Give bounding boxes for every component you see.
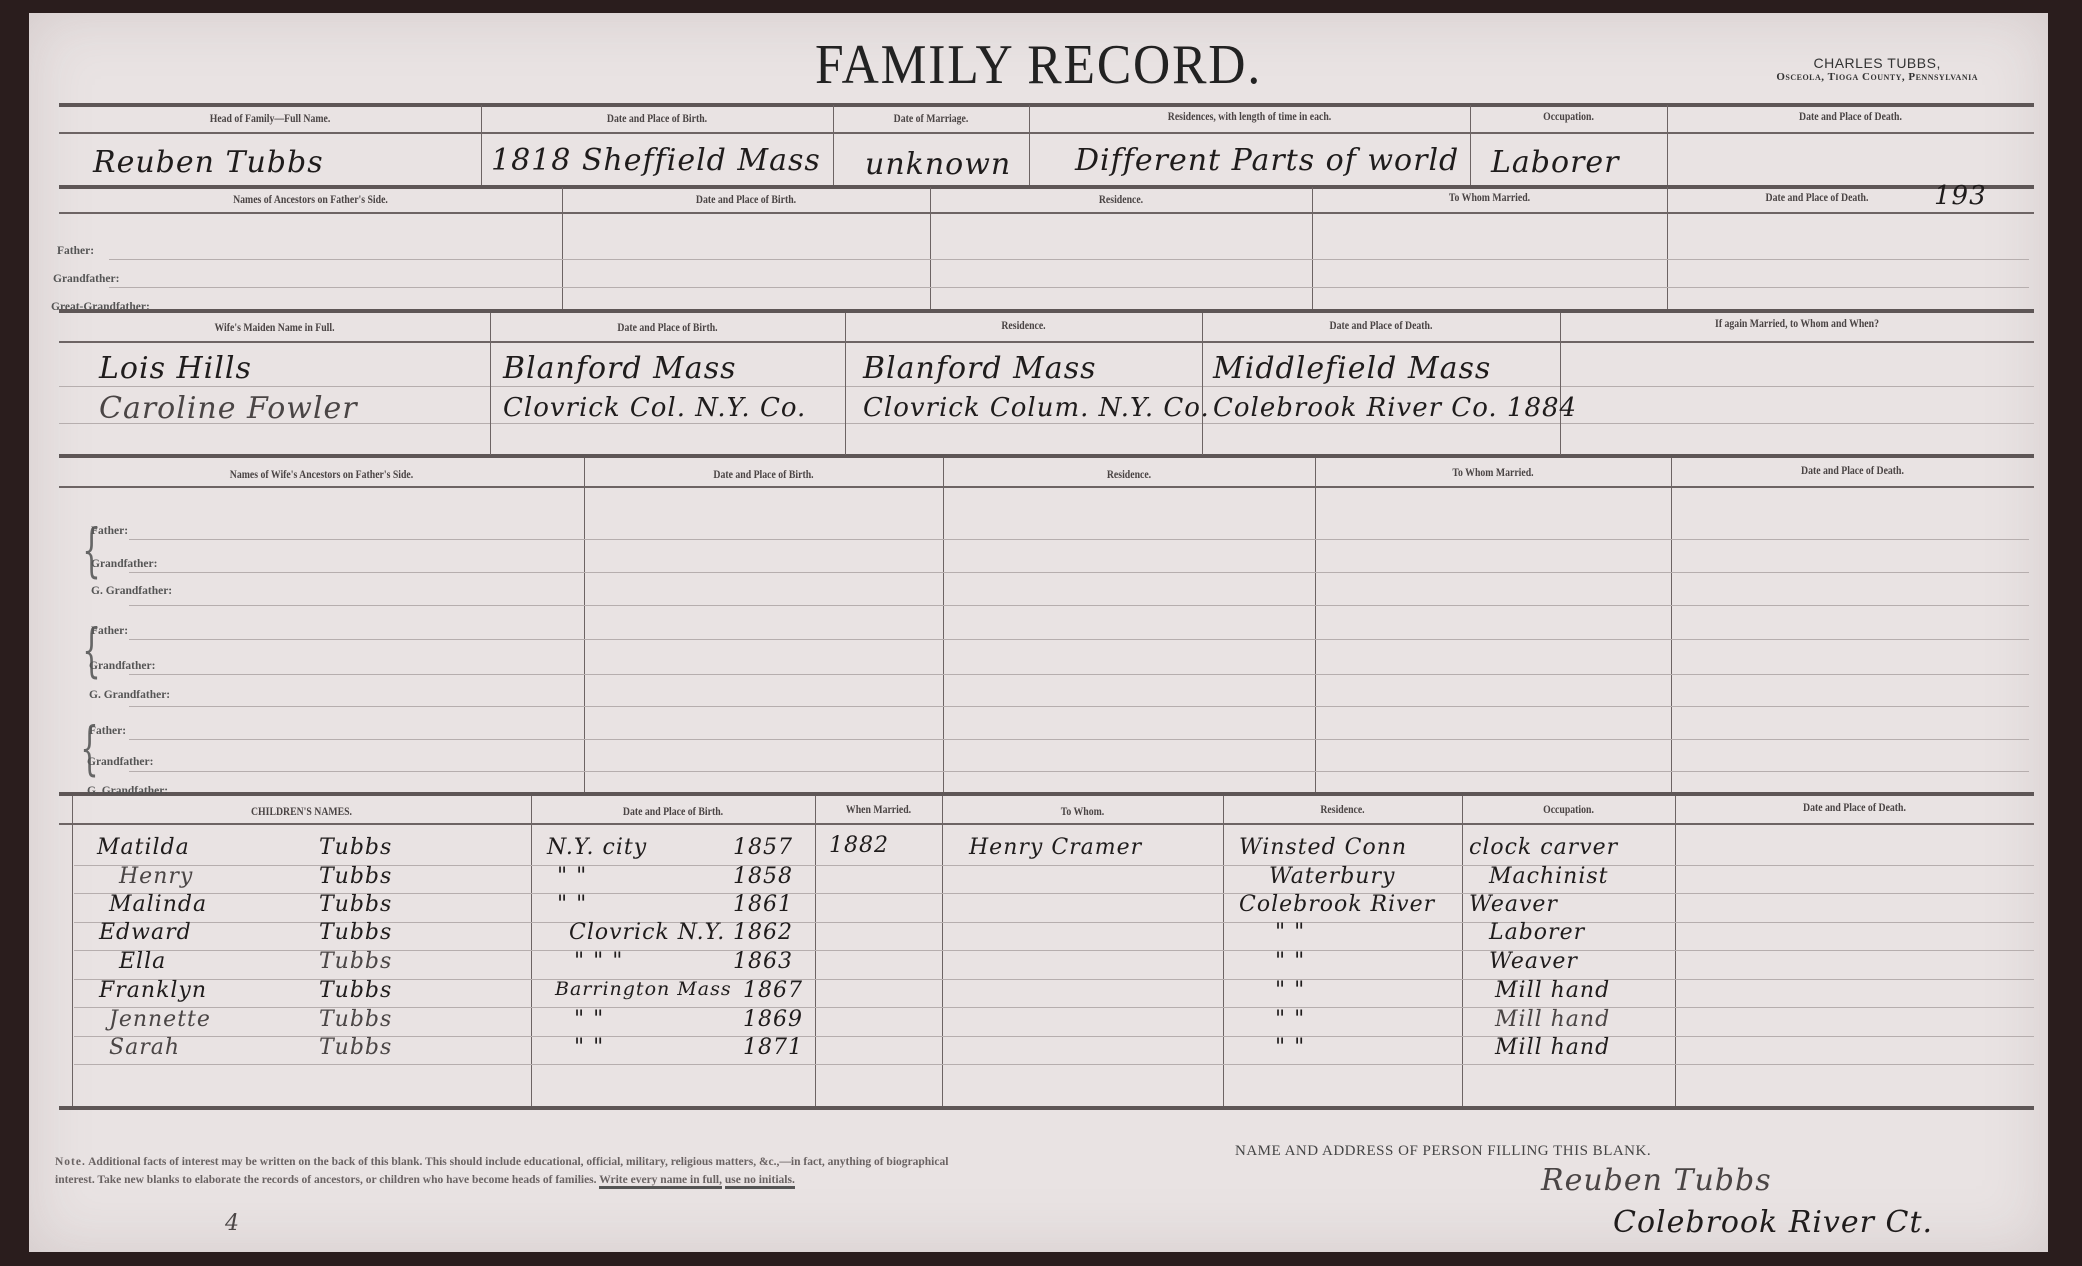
child-5-place: " " " xyxy=(574,949,623,974)
note-text: Additional facts of interest may be writ… xyxy=(55,1156,948,1186)
head-marriage-value: unknown xyxy=(865,147,1011,182)
divider xyxy=(1671,458,1672,792)
note-prefix: Note. xyxy=(55,1156,86,1168)
header-children-occupation: Occupation. xyxy=(1478,804,1659,816)
family-record-form: FAMILY RECORD. CHARLES TUBBS, Osceola, T… xyxy=(29,13,2048,1252)
child-8-year: 1871 xyxy=(743,1035,803,1060)
child-4-year: 1862 xyxy=(733,920,793,945)
filler-address: Colebrook River Ct. xyxy=(1613,1205,1933,1240)
header-father-married: To Whom Married. xyxy=(1339,192,1641,204)
child-2-last: Tubbs xyxy=(319,864,392,889)
header-head-name: Head of Family—Full Name. xyxy=(91,113,450,125)
header-wife-death: Date and Place of Death. xyxy=(1229,320,1533,332)
divider xyxy=(1462,796,1463,1106)
divider xyxy=(109,287,2029,288)
header-wife-residence: Residence. xyxy=(872,320,1175,332)
child-8-last: Tubbs xyxy=(319,1035,392,1060)
filler-label: NAME AND ADDRESS OF PERSON FILLING THIS … xyxy=(1235,1143,1651,1160)
divider xyxy=(845,313,846,455)
wife-2-death: Colebrook River Co. 1884 xyxy=(1213,393,1577,423)
child-1-married: 1882 xyxy=(829,833,889,858)
divider xyxy=(1667,105,1668,185)
header-wife-anc-names: Names of Wife's Ancestors on Father's Si… xyxy=(98,469,544,481)
header-father-names: Names of Ancestors on Father's Side. xyxy=(97,194,525,206)
child-2-place: " " xyxy=(557,864,587,889)
head-birth-value: 1818 Sheffield Mass xyxy=(491,143,821,178)
divider xyxy=(129,639,2029,640)
header-wife-anc-death: Date and Place of Death. xyxy=(1698,465,2007,477)
child-6-place: Barrington Mass xyxy=(555,978,732,1000)
divider xyxy=(490,313,491,455)
divider xyxy=(930,187,931,311)
divider xyxy=(129,605,2029,606)
child-4-place: Clovrick N.Y. xyxy=(569,920,725,945)
header-wife-anc-married: To Whom Married. xyxy=(1342,467,1645,479)
child-5-occupation: Weaver xyxy=(1489,949,1578,974)
divider xyxy=(1315,458,1316,792)
child-4-first: Edward xyxy=(99,920,192,945)
child-1-year: 1857 xyxy=(733,835,793,860)
header-head-occupation: Occupation. xyxy=(1485,111,1652,123)
wife-anc-2-father: Father: xyxy=(91,625,128,637)
divider xyxy=(1470,105,1471,185)
child-6-occupation: Mill hand xyxy=(1495,978,1610,1003)
divider xyxy=(129,539,2029,540)
child-1-residence: Winsted Conn xyxy=(1239,835,1407,860)
divider xyxy=(562,187,563,311)
child-4-residence: " " xyxy=(1275,920,1305,945)
child-1-occupation: clock carver xyxy=(1469,835,1618,860)
child-7-residence: " " xyxy=(1275,1007,1305,1032)
child-7-place: " " xyxy=(574,1007,604,1032)
father-death-note: 193 xyxy=(1934,181,1987,211)
divider xyxy=(943,458,944,792)
child-2-residence: Waterbury xyxy=(1269,864,1395,889)
wife-anc-3-father: Father: xyxy=(89,725,126,737)
divider xyxy=(59,1106,2034,1110)
divider xyxy=(59,103,2034,107)
divider xyxy=(59,212,2034,214)
wife-1-name: Lois Hills xyxy=(99,351,252,386)
header-father-residence: Residence. xyxy=(959,194,1284,206)
divider xyxy=(59,792,2034,796)
header-wife-anc-birth: Date and Place of Birth. xyxy=(611,469,916,481)
divider xyxy=(1675,796,1676,1106)
divider xyxy=(109,259,2029,260)
publisher-name: CHARLES TUBBS, xyxy=(1776,55,1978,71)
divider xyxy=(59,454,2034,458)
wife-anc-3-grandfather: Grandfather: xyxy=(87,756,153,768)
wife-anc-3-g-grandfather: G. Grandfather: xyxy=(87,785,168,797)
header-head-residences: Residences, with length of time in each. xyxy=(1062,111,1437,123)
child-3-occupation: Weaver xyxy=(1469,892,1558,917)
divider xyxy=(74,1064,2034,1065)
child-8-place: " " xyxy=(574,1035,604,1060)
publisher-address: Osceola, Tioga County, Pennsylvania xyxy=(1776,71,1978,83)
child-3-first: Malinda xyxy=(109,892,207,917)
divider xyxy=(1560,313,1561,455)
child-4-last: Tubbs xyxy=(319,920,392,945)
divider xyxy=(59,486,2034,488)
wife-anc-1-father: Father: xyxy=(91,525,128,537)
child-7-occupation: Mill hand xyxy=(1495,1007,1610,1032)
divider xyxy=(129,572,2029,573)
child-3-place: " " xyxy=(557,892,587,917)
header-children-to-whom: To Whom. xyxy=(963,806,1202,818)
child-7-year: 1869 xyxy=(743,1007,803,1032)
header-children-names: CHILDREN'S NAMES. xyxy=(106,806,496,818)
divider xyxy=(59,132,2034,134)
child-1-place: N.Y. city xyxy=(547,835,647,860)
divider xyxy=(129,706,2029,707)
divider xyxy=(129,674,2029,675)
child-5-residence: " " xyxy=(1275,949,1305,974)
child-8-residence: " " xyxy=(1275,1035,1305,1060)
child-1-first: Matilda xyxy=(97,835,190,860)
wife-anc-2-g-grandfather: G. Grandfather: xyxy=(89,689,170,701)
divider xyxy=(481,105,482,185)
header-wife-name: Wife's Maiden Name in Full. xyxy=(91,322,457,334)
child-4-occupation: Laborer xyxy=(1489,920,1585,945)
header-wife-birth: Date and Place of Birth. xyxy=(517,322,819,334)
child-3-last: Tubbs xyxy=(319,892,392,917)
child-6-first: Franklyn xyxy=(99,978,207,1003)
divider xyxy=(1029,105,1030,185)
child-2-first: Henry xyxy=(119,864,193,889)
wife-2-name: Caroline Fowler xyxy=(99,391,358,426)
divider xyxy=(942,796,943,1106)
wife-2-residence: Clovrick Colum. N.Y. Co. xyxy=(863,393,1210,423)
publisher-block: CHARLES TUBBS, Osceola, Tioga County, Pe… xyxy=(1776,55,1978,83)
divider xyxy=(72,796,73,1106)
header-father-death: Date and Place of Death. xyxy=(1690,192,1945,204)
note-emphasis-full-names: Write every name in full, xyxy=(599,1174,722,1189)
header-children-married: When Married. xyxy=(825,804,933,816)
wife-1-birth: Blanford Mass xyxy=(503,351,737,386)
note-emphasis-no-initials: use no initials. xyxy=(725,1174,795,1189)
head-name-value: Reuben Tubbs xyxy=(93,145,324,180)
child-5-year: 1863 xyxy=(733,949,793,974)
wife-1-residence: Blanford Mass xyxy=(863,351,1097,386)
divider xyxy=(1223,796,1224,1106)
child-3-residence: Colebrook River xyxy=(1239,892,1435,917)
header-head-death: Date and Place of Death. xyxy=(1695,111,2007,123)
head-occupation-value: Laborer xyxy=(1491,145,1620,180)
header-father-birth: Date and Place of Birth. xyxy=(590,194,903,206)
child-8-occupation: Mill hand xyxy=(1495,1035,1610,1060)
margin-mark: 4 xyxy=(225,1211,240,1236)
header-head-birth: Date and Place of Birth. xyxy=(507,113,806,125)
header-wife-anc-residence: Residence. xyxy=(971,469,1287,481)
header-wife-remarried: If again Married, to Whom and When? xyxy=(1596,318,1999,330)
child-7-last: Tubbs xyxy=(319,1007,392,1032)
header-head-marriage: Date of Marriage. xyxy=(848,113,1015,125)
child-1-to-whom: Henry Cramer xyxy=(969,835,1142,860)
child-1-last: Tubbs xyxy=(319,835,392,860)
child-5-last: Tubbs xyxy=(319,949,392,974)
divider xyxy=(59,341,2034,343)
divider xyxy=(129,771,2029,772)
divider xyxy=(1667,187,1668,311)
filler-name: Reuben Tubbs xyxy=(1541,1163,1772,1198)
child-2-occupation: Machinist xyxy=(1489,864,1609,889)
child-6-year: 1867 xyxy=(743,978,803,1003)
header-children-residence: Residence. xyxy=(1241,804,1444,816)
child-3-year: 1861 xyxy=(733,892,793,917)
child-7-first: Jennette xyxy=(109,1007,211,1032)
divider xyxy=(1202,313,1203,455)
divider xyxy=(1312,187,1313,311)
wife-1-death: Middlefield Mass xyxy=(1213,351,1491,386)
child-8-first: Sarah xyxy=(109,1035,180,1060)
wife-anc-1-grandfather: Grandfather: xyxy=(91,558,157,570)
divider xyxy=(59,185,2034,189)
child-5-first: Ella xyxy=(119,949,166,974)
child-6-residence: " " xyxy=(1275,978,1305,1003)
wife-anc-1-g-grandfather: G. Grandfather: xyxy=(91,585,172,597)
child-2-year: 1858 xyxy=(733,864,793,889)
form-note: Note. Additional facts of interest may b… xyxy=(55,1153,985,1189)
wife-2-birth: Clovrick Col. N.Y. Co. xyxy=(503,393,806,423)
divider xyxy=(59,386,2034,387)
divider xyxy=(59,309,2034,313)
divider xyxy=(833,105,834,185)
divider xyxy=(129,739,2029,740)
row-label-father: Father: xyxy=(57,245,94,257)
divider xyxy=(531,796,532,1106)
head-residences-value: Different Parts of world xyxy=(1075,143,1459,178)
child-6-last: Tubbs xyxy=(319,978,392,1003)
document-title: FAMILY RECORD. xyxy=(110,33,1967,97)
divider xyxy=(815,796,816,1106)
wife-anc-2-grandfather: Grandfather: xyxy=(89,660,155,672)
divider xyxy=(59,823,2034,825)
header-children-birth: Date and Place of Birth. xyxy=(552,806,793,818)
row-label-grandfather: Grandfather: xyxy=(53,273,119,285)
divider xyxy=(584,458,585,792)
header-children-death: Date and Place of Death. xyxy=(1702,802,2007,814)
